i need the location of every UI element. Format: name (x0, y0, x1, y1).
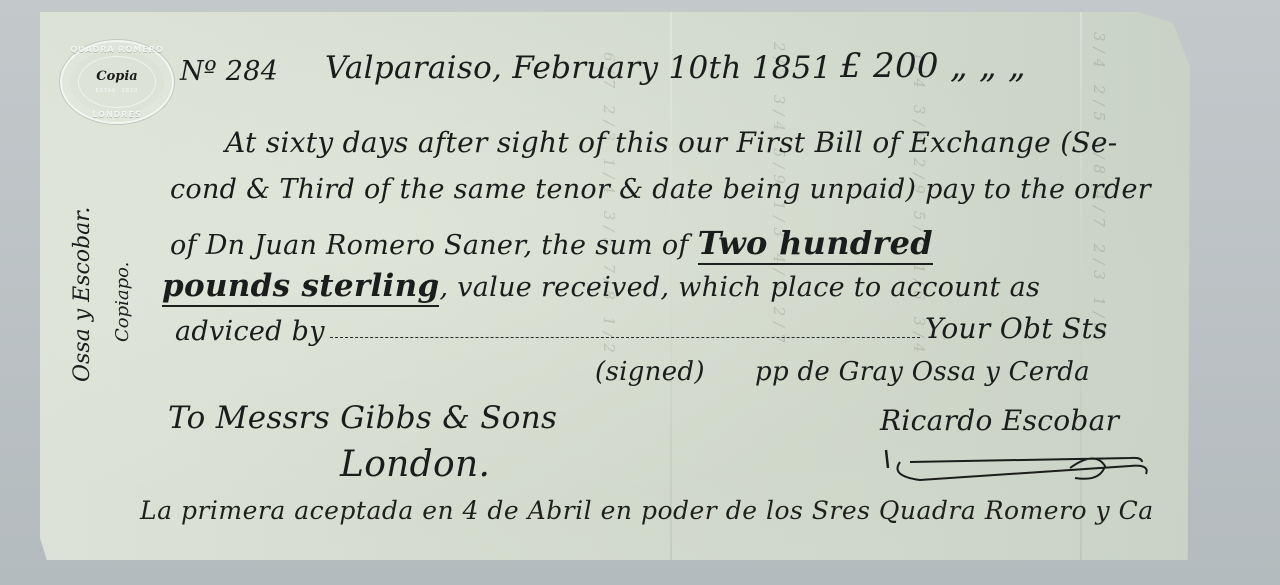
stamp-label: Copia (62, 69, 172, 84)
body-line-4: pounds sterling, value received, which p… (162, 268, 1040, 304)
acceptance-note: La primera aceptada en 4 de Abril en pod… (140, 496, 1154, 525)
signatory-name: Ricardo Escobar (880, 404, 1119, 437)
embossed-stamp: QUADRA ROMERO Copia ESTAB. 1820 LONDRES (60, 40, 174, 124)
signed-label: (signed) (595, 357, 705, 387)
addressee-line-1: To Messrs Gibbs & Sons (168, 400, 557, 436)
stamp-ring-bottom: LONDRES (62, 110, 172, 119)
margin-note-city: Copiapo. (112, 262, 133, 342)
addressee-line-2: London. (340, 444, 490, 485)
stamp-ring-top: QUADRA ROMERO (62, 45, 172, 54)
body-line-1: At sixty days after sight of this our Fi… (225, 126, 1118, 159)
bill-number: Nº 284 (180, 56, 278, 87)
signature-flourish (880, 440, 1180, 500)
advice-dash-line (330, 337, 920, 338)
body-line-3: of Dn Juan Romero Saner, the sum of Two … (170, 224, 933, 262)
body-line-2: cond & Third of the same tenor & date be… (170, 174, 1151, 205)
amount-figure: £ 200 „ „ „ (840, 46, 1026, 86)
stamp-sub: ESTAB. 1820 (62, 88, 172, 94)
value-received-text: , value received, which place to account… (439, 272, 1040, 303)
amount-words-1: Two hundred (698, 224, 933, 265)
margin-note-firm: Ossa y Escobar. (70, 207, 95, 382)
bill-of-exchange: 6/7 2/3 1/4 3/5 7/8 1/2 2/7 3/4 5/9 1/3 … (40, 12, 1190, 560)
advice-line: adviced by (175, 316, 325, 347)
payee-text: of Dn Juan Romero Saner, the sum of (170, 230, 689, 261)
signatory-firm: pp de Gray Ossa y Cerda (755, 357, 1090, 387)
closing-salutation: Your Obt Sts (925, 312, 1108, 345)
amount-words-2: pounds sterling (162, 268, 439, 307)
place-date: Valparaiso, February 10th 1851 (325, 50, 832, 86)
bleed-through: 6/7 2/3 1/4 3/5 7/8 1/2 (600, 52, 618, 359)
